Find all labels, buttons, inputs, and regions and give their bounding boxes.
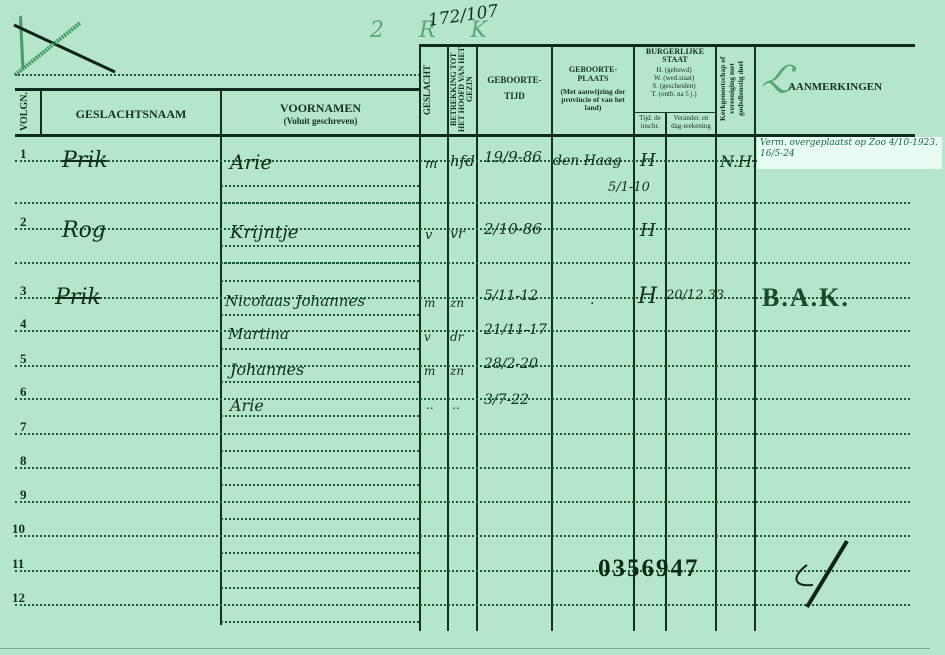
row4-relation: dr [450,330,463,344]
header-bs-tijd: Tijd. de inschr. [635,114,665,130]
row3-birth: 5/11-12 [484,288,538,304]
row1-relation: hfd [450,152,475,170]
row3-relation: zn [450,296,464,310]
row-number: 10 [12,521,25,537]
header-aanmerkingen: AANMERKINGEN [760,82,910,94]
header-voornamen: VOORNAMEN [222,102,419,115]
row2-surname: Rog [62,218,106,243]
row-number: 1 [20,146,27,162]
row1-place: den Haag [553,153,622,169]
col-line [665,113,667,631]
row1-surname: Prik [62,148,108,173]
col-line [476,44,478,631]
col-line [220,90,222,625]
col-line [447,44,449,631]
pencil-scribble: ℒ [758,51,801,104]
col-line [633,44,635,631]
bs-subdivider [633,112,715,113]
row1-religion: N.H. [720,152,757,171]
header-geboorteplaats-sub: (Met aanwijzing der provincie of van het… [555,88,631,112]
sub-ruled-line [221,484,419,486]
row-number: 3 [20,283,27,299]
sub-ruled-line [221,348,419,350]
row1-remark: Verm. overgeplaatst op Zoo 4/10-1923. 16… [760,138,940,160]
row-ruled-line [15,570,910,572]
row4-sex: v [424,330,431,344]
row3-status: H [638,284,657,309]
row-ruled-line [15,433,910,435]
row3-first: Nicolaas Johannes [225,292,365,310]
row-number: 4 [20,316,27,332]
ink-strike-mark [10,20,120,80]
header-volgnr: VOLGN. [20,92,38,132]
row5-sex: m [424,364,435,378]
row-ruled-line [15,467,910,469]
header-geboortetijd-1: GEBOORTE- [478,76,551,85]
header-voornamen-sub: (Voluit geschreven) [222,117,419,126]
row4-birth: 21/11-17 [484,322,547,338]
col-line [715,44,717,631]
sub-ruled-line [221,245,419,247]
header-geslachtsnaam: GESLACHTSNAAM [42,108,220,121]
row6-first: Arie [230,396,264,415]
header-burgerlijke-staat: BURGERLIJKE STAAT [636,48,714,65]
header-bs-verander: Verander. en dag-teekening [667,114,715,130]
header-geboorteplaats-2: PLAATS [553,75,633,83]
row2-relation: vr [450,226,465,242]
sub-ruled-line [15,262,910,264]
row-number: 7 [20,419,27,435]
header-kerkgenootschap: Kerkgenootschap of vereeniging met godsd… [718,46,752,132]
row-number: 8 [20,453,27,469]
row5-relation: zn [450,364,464,378]
sub-ruled-line [221,185,419,187]
header-geboortetijd-2: TIJD [478,92,551,101]
sub-ruled-line [221,552,419,554]
sub-ruled-line [221,450,419,452]
header-geslacht: GESLACHT [423,48,445,132]
sub-ruled-line [221,381,419,383]
header-betrekking: BETREKKING TOT HET HOOFD VAN HET GEZIN [450,46,474,132]
sub-ruled-line [221,518,419,520]
row4-first: Martina [228,325,289,343]
row6-relation: .. [452,398,460,412]
row-ruled-line [15,501,910,503]
row-number: 2 [20,214,27,230]
header-bs-t: T. (ontb. na 5 j.) [634,91,714,98]
col-line [419,44,421,631]
row5-first: Johannes [230,360,304,379]
row5-birth: 28/2-20 [484,356,538,372]
row-number: 9 [20,487,27,503]
sub-ruled-line [15,202,910,204]
row3-sex: m [424,296,435,310]
row1-status-date: 5/1-10 [608,180,650,195]
bak-stamp: B.A.K. [762,283,850,313]
row6-birth: 3/7-22 [484,392,529,408]
col-line [754,44,756,631]
header-top-rule-left [15,88,420,91]
sub-ruled-line [221,415,419,417]
row3-place: . [590,292,594,308]
sub-ruled-line [221,280,419,282]
row-ruled-line [15,535,910,537]
row2-first: Krijntje [230,222,298,243]
card-bottom-edge [0,648,930,649]
row2-status: H [640,220,656,241]
sub-ruled-line [221,314,419,316]
row1-status: H [640,150,656,171]
row-ruled-line [15,604,910,606]
row-number: 6 [20,384,27,400]
row1-first: Arie [230,150,272,174]
check-mark-slash [785,535,855,610]
divider [15,74,420,76]
row-ruled-line [15,398,910,400]
row3-surname: Prik [55,285,101,310]
row1-sex: m [425,157,437,172]
population-register-card: ╱ 2 R K 172/107 VOLGN. GESLACHTSNAAM VOO… [0,0,945,655]
row-number: 5 [20,351,27,367]
sub-ruled-line [221,587,419,589]
row6-sex: .. [426,398,434,412]
row2-sex: v [425,228,432,243]
sub-ruled-line [221,621,419,623]
row2-birth: 2/10-86 [484,220,542,238]
row1-birth: 19/9-86 [484,148,542,166]
serial-number-stamp: 0356947 [598,555,700,583]
row3-status-date: 20/12 33 [666,288,724,303]
row-number: 12 [12,590,25,606]
col-line [551,44,553,631]
row-number: 11 [12,556,24,572]
